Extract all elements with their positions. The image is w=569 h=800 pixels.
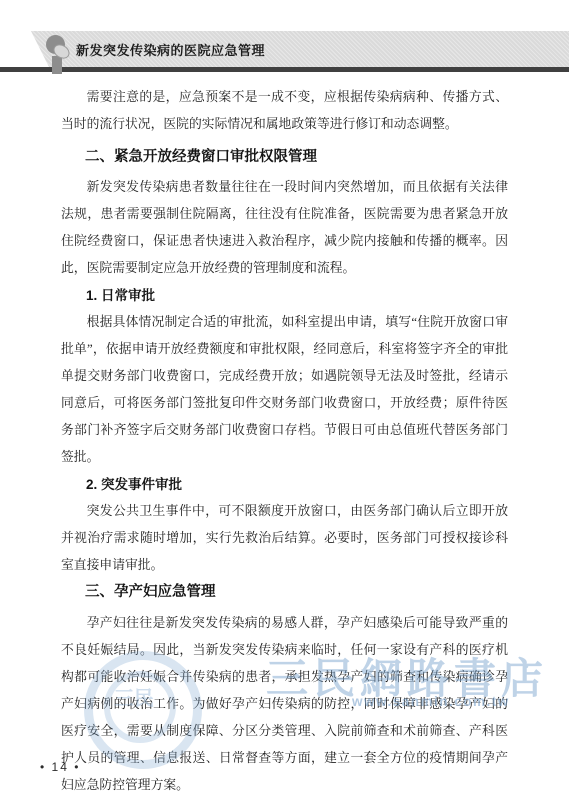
header-rule (0, 67, 569, 72)
paragraph-intro: 需要注意的是，应急预案不是一成不变，应根据传染病病种、传播方式、当时的流行状况，… (61, 84, 508, 138)
page-content: 需要注意的是，应急预案不是一成不变，应根据传染病病种、传播方式、当时的流行状况，… (61, 84, 508, 799)
subsection-heading-emergency-approval: 2. 突发事件审批 (61, 471, 508, 498)
paragraph-daily-approval: 根据具体情况制定合适的审批流，如科室提出申请，填写“住院开放窗口审批单”，依据申… (61, 309, 508, 471)
section-heading-maternity: 三、孕产妇应急管理 (61, 579, 508, 606)
paragraph-maternity: 孕产妇往往是新发突发传染病的易感人群，孕产妇感染后可能导致严重的不良妊娠结局。因… (61, 610, 508, 799)
book-page: 新发突发传染病的医院应急管理 需要注意的是，应急预案不是一成不变，应根据传染病病… (0, 0, 569, 800)
paragraph-funding-window: 新发突发传染病患者数量往往在一段时间内突然增加，而且依据有关法律法规，患者需要强… (61, 174, 508, 282)
section-heading-funding-window: 二、紧急开放经费窗口审批权限管理 (61, 144, 508, 171)
running-head-title: 新发突发传染病的医院应急管理 (76, 31, 265, 67)
subsection-heading-daily-approval: 1. 日常审批 (61, 282, 508, 309)
paragraph-emergency-approval: 突发公共卫生事件中，可不限额度开放窗口，由医务部门确认后立即开放并视治疗需求随时… (61, 498, 508, 579)
page-number: • 14 • (40, 760, 80, 774)
